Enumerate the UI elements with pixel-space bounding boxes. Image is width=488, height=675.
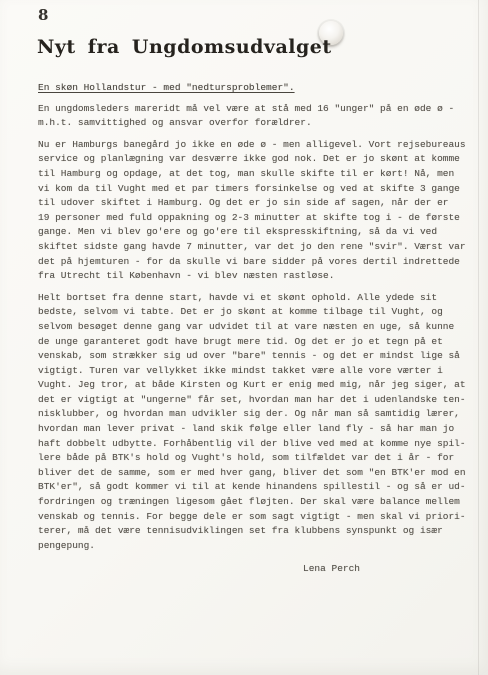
signature: Lena Perch (38, 562, 470, 577)
paper-edge (478, 0, 479, 675)
article-body: En skøn Hollandstur - med "nedtursproble… (38, 81, 470, 577)
page-title: Nyt fra Ungdomsudvalget (37, 36, 332, 58)
scanned-newsletter-page: 8 Nyt fra Ungdomsudvalget En skøn Hollan… (0, 0, 488, 675)
article-heading: En skøn Hollandstur - med "nedtursproble… (38, 81, 470, 96)
paragraph-1: En ungdomsleders mareridt må vel være at… (38, 102, 470, 131)
paragraph-2: Nu er Hamburgs banegård jo ikke en øde ø… (38, 138, 470, 284)
paragraph-3: Helt bortset fra denne start, havde vi e… (38, 291, 470, 554)
page-number: 8 (38, 6, 48, 24)
